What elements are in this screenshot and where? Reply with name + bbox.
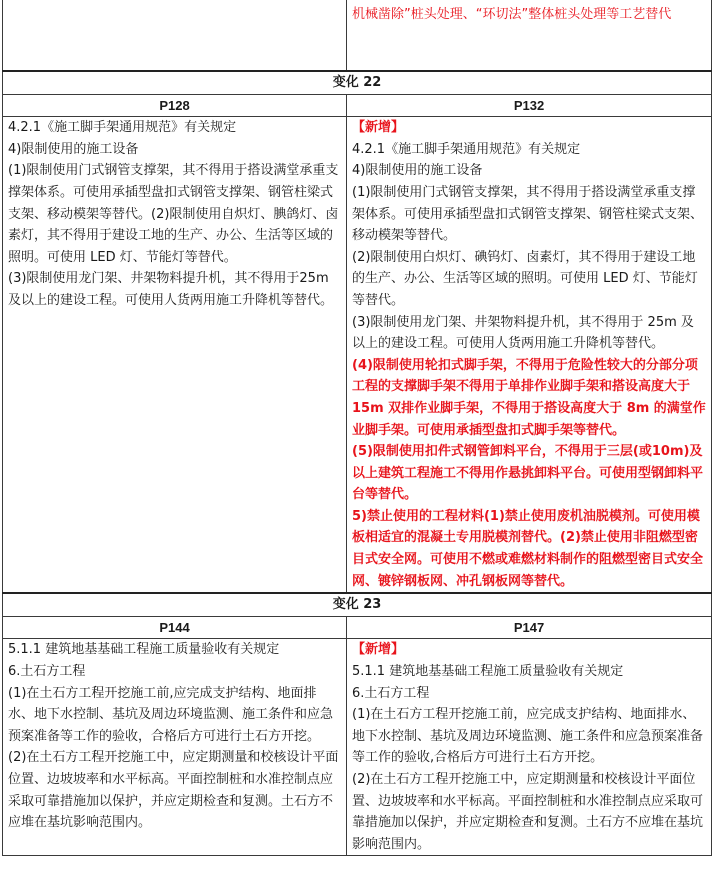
clause-subheading: 4)限制使用的施工设备 xyxy=(8,139,341,161)
clause-item: (3)限制使用龙门架、井架物料提升机，其不得用于25m 及以上的建设工程。可使用… xyxy=(8,268,341,311)
continuation-right-cell: 机械凿除”桩头处理、“环切法”整体桩头处理等工艺替代 xyxy=(347,0,712,71)
new-clause-item: (5)限制使用扣件式钢管卸料平台，不得用于三层(或10m)及以上建筑工程施工不得… xyxy=(352,441,706,506)
clause-heading: 5.1.1 建筑地基基础工程施工质量验收有关规定 xyxy=(8,639,341,661)
new-clause-item: (4)限制使用轮扣式脚手架，不得用于危险性较大的分部分项工程的支撑脚手架不得用于… xyxy=(352,355,706,441)
right-page-number: P147 xyxy=(347,616,712,639)
clause-subheading: 6.土石方工程 xyxy=(352,683,706,705)
section-header-row: 变化 22 xyxy=(3,71,712,94)
clause-heading: 4.2.1《施工脚手架通用规范》有关规定 xyxy=(352,139,706,161)
content-row: 4.2.1《施工脚手架通用规范》有关规定 4)限制使用的施工设备 (1)限制使用… xyxy=(3,117,712,594)
section-header-row: 变化 23 xyxy=(3,593,712,616)
left-page-number: P128 xyxy=(3,94,347,117)
clause-item: (3)限制使用龙门架、井架物料提升机，其不得用于 25m 及以上的建设工程。可使… xyxy=(352,312,706,355)
clause-item: (2)在土石方工程开挖施工中，应定期测量和校核设计平面位置、边坡坡率和水平标高。… xyxy=(8,747,341,833)
new-content-cell: 【新增】 4.2.1《施工脚手架通用规范》有关规定 4)限制使用的施工设备 (1… xyxy=(347,117,712,594)
clause-item: (2)在土石方工程开挖施工中，应定期测量和校核设计平面位置、边坡坡率和水平标高。… xyxy=(352,769,706,855)
new-content-cell: 【新增】 5.1.1 建筑地基基础工程施工质量验收有关规定 6.土石方工程 (1… xyxy=(347,639,712,856)
content-row: 5.1.1 建筑地基基础工程施工质量验收有关规定 6.土石方工程 (1)在土石方… xyxy=(3,639,712,856)
clause-item: (1)在土石方工程开挖施工前，应完成支护结构、地面排水、地下水控制、基坑及周边环… xyxy=(352,704,706,769)
clause-item: (1)限制使用门式钢管支撑架，其不得用于搭设满堂承重支撑架体系。可使用承插型盘扣… xyxy=(352,182,706,247)
old-content-cell: 4.2.1《施工脚手架通用规范》有关规定 4)限制使用的施工设备 (1)限制使用… xyxy=(3,117,347,594)
clause-subheading: 4)限制使用的施工设备 xyxy=(352,160,706,182)
right-page-number: P132 xyxy=(347,94,712,117)
clause-heading: 5.1.1 建筑地基基础工程施工质量验收有关规定 xyxy=(352,661,706,683)
old-content-cell: 5.1.1 建筑地基基础工程施工质量验收有关规定 6.土石方工程 (1)在土石方… xyxy=(3,639,347,856)
clause-item: (1)限制使用门式钢管支撑架，其不得用于搭设满堂承重支撑架体系。可使用承插型盘扣… xyxy=(8,160,341,268)
page-header-row: P144 P147 xyxy=(3,616,712,639)
left-page-number: P144 xyxy=(3,616,347,639)
new-added-tag: 【新增】 xyxy=(352,117,706,139)
continuation-row: 机械凿除”桩头处理、“环切法”整体桩头处理等工艺替代 xyxy=(3,0,712,71)
new-clause-item: 5)禁止使用的工程材料(1)禁止使用废机油脱模剂。可使用模板相适宜的混凝土专用脱… xyxy=(352,506,706,592)
new-added-tag: 【新增】 xyxy=(352,639,706,661)
clause-item: (1)在土石方工程开挖施工前,应完成支护结构、地面排水、地下水控制、基坑及周边环… xyxy=(8,683,341,748)
section-title-23: 变化 23 xyxy=(3,593,712,616)
clause-heading: 4.2.1《施工脚手架通用规范》有关规定 xyxy=(8,117,341,139)
comparison-table: 机械凿除”桩头处理、“环切法”整体桩头处理等工艺替代 变化 22 P128 P1… xyxy=(2,0,712,856)
continuation-text: 机械凿除”桩头处理、“环切法”整体桩头处理等工艺替代 xyxy=(352,7,671,22)
section-title-22: 变化 22 xyxy=(3,71,712,94)
clause-item: (2)限制使用白炽灯、碘钨灯、卤素灯，其不得用于建设工地的生产、办公、生活等区域… xyxy=(352,247,706,312)
clause-subheading: 6.土石方工程 xyxy=(8,661,341,683)
page-header-row: P128 P132 xyxy=(3,94,712,117)
continuation-left-cell xyxy=(3,0,347,71)
